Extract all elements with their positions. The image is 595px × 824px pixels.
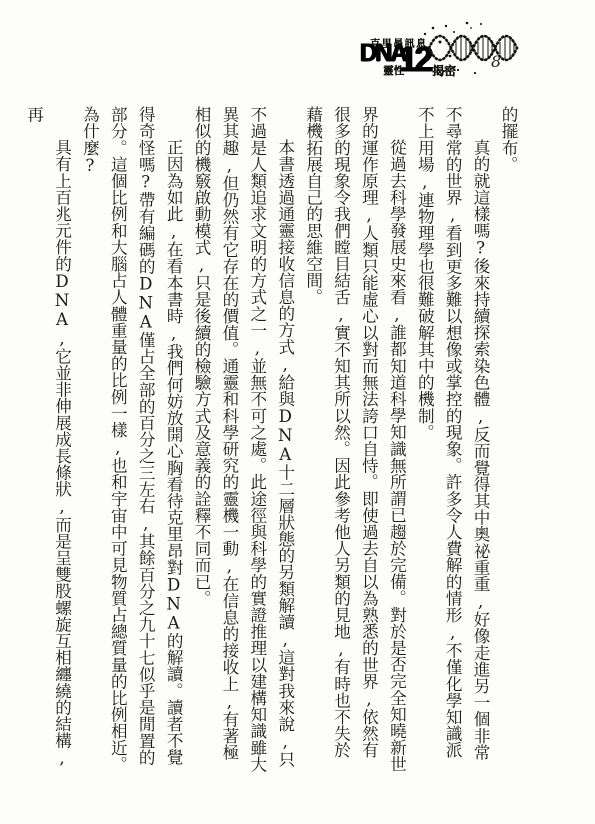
body-text: 的擺布。 真的就這樣嗎?後來持續探索染色體,反而覺得其中奧祕重重,好像走進另一個… — [44, 106, 522, 774]
page-number: 8 — [491, 52, 501, 71]
logo-subtitle-left: 靈性 — [383, 63, 404, 78]
paragraph: 具有上百兆元件的DNA,它並非伸展成長條狀,而是呈雙股螺旋互相纏繞的結構,再 — [20, 106, 76, 774]
paragraph-continuation: 的擺布。 — [494, 106, 522, 774]
paragraph: 本書透過通靈接收信息的方式,給與DNA十二層狀態的另類解讀,這對我來說,只不過是… — [187, 106, 299, 774]
dna-helix-icon — [423, 20, 521, 76]
book-page: 克里昂訊息 DNA 12 靈性 揭密 — [0, 0, 595, 824]
paragraph: 真的就這樣嗎?後來持續探索染色體,反而覺得其中奧祕重重,好像走進另一個非常不尋常… — [410, 106, 494, 774]
paragraph: 從過去科學發展史來看,誰都知道科學知識無所謂已趨於完備。對於是否完全知曉新世界的… — [299, 106, 411, 774]
paragraph: 正因為如此,在看本書時,我們何妨放開心胸看待克里昂對DNA的解讀。讀者不覺得奇怪… — [76, 106, 188, 774]
